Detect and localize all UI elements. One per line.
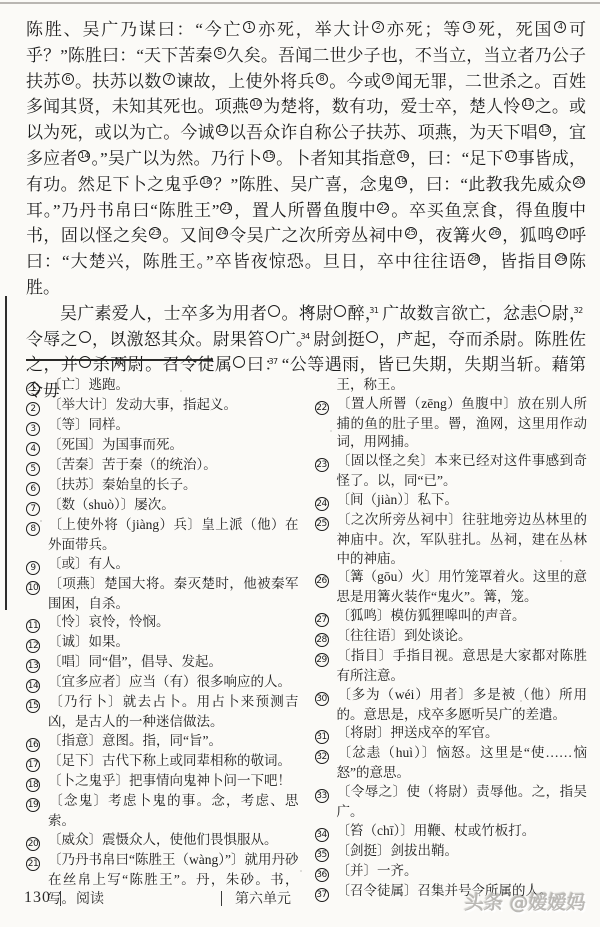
footnote-text: 〔念鬼〕考虑卜鬼的事。念，考虑、思索。	[48, 793, 299, 828]
footnote-text: 〔并〕一齐。	[337, 863, 418, 878]
footnote-text: 〔多为（wéi）用者〕多是被（他）所用的。意思是，戍卒多愿听吴广的差遣。	[337, 687, 588, 722]
footnotes-section: 1〔亡〕逃跑。 2〔举大计〕发动大事，指起义。 3〔等〕同样。 4〔死国〕为国事…	[26, 376, 587, 908]
footnote-item: 4〔死国〕为国事而死。	[26, 436, 299, 456]
footnote-text: 〔或〕有人。	[48, 556, 129, 571]
footnote-text: 〔指目〕手指目视。意思是大家都对陈胜有所注意。	[337, 648, 588, 683]
footnote-text: 〔威众〕震慑众人，使他们畏惧服从。	[48, 832, 278, 847]
footnote-number: 1	[26, 376, 48, 396]
footnote-item: 王，称王。	[315, 376, 588, 395]
footnote-item: 12〔诚〕如果。	[26, 633, 299, 653]
footnote-number: 33	[315, 783, 337, 803]
footnote-text: 〔亡〕逃跑。	[48, 377, 129, 392]
watermark-text: 头条 @嫒嫒妈	[464, 888, 587, 915]
footnote-number: 25	[315, 511, 337, 531]
footnote-item: 31〔将尉〕押送戍卒的军官。	[315, 724, 588, 744]
footer-divider	[60, 891, 61, 906]
footnotes-right-column: 王，称王。 22〔置人所罾（zēng）鱼腹中〕放在别人所捕的鱼的肚子里。罾，渔网…	[315, 376, 588, 908]
footnote-text: 〔将尉〕押送戍卒的军官。	[337, 725, 499, 740]
footnote-item: 32〔忿恚（huì）〕恼怒。这里是“使……恼怒”的意思。	[315, 744, 588, 783]
main-text-block: 陈胜、吴广乃谋曰：“今亡1亦死，举大计2亦死；等3死，死国4可乎？”陈胜曰：“天…	[26, 17, 586, 404]
footer-unit-label: 第六单元	[235, 888, 291, 908]
footnote-item: 27〔狐鸣〕模仿狐狸嗥叫的声音。	[315, 607, 588, 627]
footnote-text: 〔项燕〕楚国大将。秦灭楚时，他被秦军围困，自杀。	[48, 576, 299, 611]
footnote-text: 〔忿恚（huì）〕恼怒。这里是“使……恼怒”的意思。	[337, 745, 588, 780]
footnote-item: 26〔篝（gōu）火〕用竹笼罩着火。这里的意思是用篝火装作“鬼火”。篝，笼。	[315, 568, 588, 607]
footnote-number: 14	[26, 673, 48, 693]
footnote-number: 6	[26, 476, 48, 496]
footnote-number: 20	[26, 831, 48, 851]
footnote-item: 35〔剑挺〕剑拔出鞘。	[315, 842, 588, 862]
footnote-text: 〔诚〕如果。	[48, 634, 129, 649]
footnote-item: 5〔苦秦〕苦于秦（的统治）。	[26, 456, 299, 476]
footnote-item: 10〔项燕〕楚国大将。秦灭楚时，他被秦军围困，自杀。	[26, 575, 299, 614]
footnote-item: 30〔多为（wéi）用者〕多是被（他）所用的。意思是，戍卒多愿听吴广的差遣。	[315, 686, 588, 725]
footnote-text: 〔苦秦〕苦于秦（的统治）。	[48, 457, 217, 472]
footnote-number: 36	[315, 862, 337, 882]
footnote-text: 〔等〕同样。	[48, 417, 129, 432]
main-paragraph-1: 陈胜、吴广乃谋曰：“今亡1亦死，举大计2亦死；等3死，死国4可乎？”陈胜曰：“天…	[26, 17, 586, 301]
footnote-number: 19	[26, 792, 48, 812]
footnote-item: 9〔或〕有人。	[26, 555, 299, 575]
footnote-text: 〔卜之鬼乎〕把事情向鬼神卜问一下吧！	[48, 773, 291, 788]
footnote-number: 28	[315, 627, 337, 647]
footnote-item: 28〔往往语〕到处谈论。	[315, 627, 588, 647]
footnote-number: 11	[26, 613, 48, 633]
footnote-number: 23	[315, 452, 337, 472]
footnote-number: 5	[26, 456, 48, 476]
footnote-item: 13〔唱〕同“倡”，倡导、发起。	[26, 653, 299, 673]
footnote-item: 1〔亡〕逃跑。	[26, 376, 299, 396]
footnote-item: 18〔卜之鬼乎〕把事情向鬼神卜问一下吧！	[26, 772, 299, 792]
footnote-number: 17	[26, 752, 48, 772]
footnote-number: 26	[315, 568, 337, 588]
footnote-text: 〔置人所罾（zēng）鱼腹中〕放在别人所捕的鱼的肚子里。罾，渔网，这里用作动词，…	[337, 396, 588, 450]
footnote-item: 29〔指目〕手指目视。意思是大家都对陈胜有所注意。	[315, 647, 588, 686]
footnote-item: 33〔令辱之〕使（将尉）责辱他。之，指吴广。	[315, 783, 588, 822]
footnote-text: 〔扶苏〕秦始皇的长子。	[48, 477, 197, 492]
footnote-number: 32	[315, 744, 337, 764]
footnote-item: 6〔扶苏〕秦始皇的长子。	[26, 476, 299, 496]
footnote-number: 15	[26, 693, 48, 713]
footnote-text: 〔举大计〕发动大事，指起义。	[48, 397, 237, 412]
footnote-number: 9	[26, 555, 48, 575]
footnote-number: 3	[26, 416, 48, 436]
footnote-number: 13	[26, 653, 48, 673]
footnote-item: 34〔笞（chī）〕用鞭、杖或竹板打。	[315, 822, 588, 842]
footnote-item: 17〔足下〕古代下称上或同辈相称的敬词。	[26, 752, 299, 772]
footnote-number: 2	[26, 396, 48, 416]
footnote-number: 8	[26, 516, 48, 536]
footnote-item: 20〔威众〕震慑众人，使他们畏惧服从。	[26, 831, 299, 851]
scan-edge-line-top	[0, 2, 600, 4]
footnote-item: 22〔置人所罾（zēng）鱼腹中〕放在别人所捕的鱼的肚子里。罾，渔网，这里用作动…	[315, 395, 588, 452]
footnote-item: 8〔上使外将（jiàng）兵〕皇上派（他）在外面带兵。	[26, 516, 299, 555]
footnote-item: 16〔指意〕意图。指，同“旨”。	[26, 732, 299, 752]
footnote-number: 30	[315, 686, 337, 706]
footnote-text: 〔笞（chī）〕用鞭、杖或竹板打。	[337, 823, 536, 838]
footnote-number: 22	[315, 395, 337, 415]
footnote-item: 25〔之次所旁丛祠中〕往驻地旁边丛林里的神庙中。次，军队驻扎。丛祠，建在丛林中的…	[315, 511, 588, 568]
textbook-page: 陈胜、吴广乃谋曰：“今亡1亦死，举大计2亦死；等3死，死国4可乎？”陈胜曰：“天…	[0, 0, 600, 927]
footnote-text: 〔足下〕古代下称上或同辈相称的敬词。	[48, 753, 291, 768]
footer-divider	[221, 891, 222, 906]
footnote-number: 24	[315, 491, 337, 511]
footnote-item: 7〔数（shuò）〕屡次。	[26, 496, 299, 516]
footnote-item: 19〔念鬼〕考虑卜鬼的事。念，考虑、思索。	[26, 792, 299, 831]
footnote-item: 24〔间（jiàn）〕私下。	[315, 491, 588, 511]
footnote-text: 〔上使外将（jiàng）兵〕皇上派（他）在外面带兵。	[48, 517, 299, 552]
footnote-text: 〔狐鸣〕模仿狐狸嗥叫的声音。	[337, 608, 526, 623]
footnote-item: 3〔等〕同样。	[26, 416, 299, 436]
footnote-text: 〔乃行卜〕就去占卜。用占卜来预测吉凶，是古人的一种迷信做法。	[48, 694, 299, 729]
footnotes-left-column: 1〔亡〕逃跑。 2〔举大计〕发动大事，指起义。 3〔等〕同样。 4〔死国〕为国事…	[26, 376, 299, 908]
footnote-text: 〔固以怪之矣〕本来已经对这件事感到奇怪了。以，同“已”。	[337, 453, 588, 488]
footnote-number: 29	[315, 647, 337, 667]
footnote-number: 34	[315, 822, 337, 842]
footnote-number: 7	[26, 496, 48, 516]
footnote-item: 2〔举大计〕发动大事，指起义。	[26, 396, 299, 416]
footnote-text: 〔数（shuò）〕屡次。	[48, 497, 175, 512]
footnote-number: 10	[26, 575, 48, 595]
footnote-text: 〔怜〕哀怜，怜悯。	[48, 614, 170, 629]
footnote-item: 14〔宜多应者〕应当（有）很多响应的人。	[26, 673, 299, 693]
footnote-text: 〔篝（gōu）火〕用竹笼罩着火。这里的意思是用篝火装作“鬼火”。篝，笼。	[337, 569, 588, 604]
footnote-number: 21	[26, 851, 48, 871]
footnote-text: 〔唱〕同“倡”，倡导、发起。	[48, 654, 222, 669]
footer-section-label: 阅读	[76, 888, 104, 908]
footnote-item: 23〔固以怪之矣〕本来已经对这件事感到奇怪了。以，同“已”。	[315, 452, 588, 491]
footnote-text: 〔指意〕意图。指，同“旨”。	[48, 733, 222, 748]
footnote-text: 〔之次所旁丛祠中〕往驻地旁边丛林里的神庙中。次，军队驻扎。丛祠，建在丛林中的神庙…	[337, 512, 588, 566]
footnote-number: 31	[315, 724, 337, 744]
footnote-item: 11〔怜〕哀怜，怜悯。	[26, 613, 299, 633]
footnote-item: 15〔乃行卜〕就去占卜。用占卜来预测吉凶，是古人的一种迷信做法。	[26, 693, 299, 732]
footnote-text: 〔死国〕为国事而死。	[48, 437, 183, 452]
footnote-number: 12	[26, 633, 48, 653]
footnote-item: 36〔并〕一齐。	[315, 862, 588, 882]
footnote-number: 4	[26, 436, 48, 456]
footnote-text: 〔宜多应者〕应当（有）很多响应的人。	[48, 674, 291, 689]
footnote-text: 〔往往语〕到处谈论。	[337, 628, 472, 643]
footnote-text: 〔间（jiàn）〕私下。	[337, 492, 459, 507]
footnote-number: 35	[315, 842, 337, 862]
scan-edge-line-left	[5, 296, 7, 610]
page-number: 130	[24, 889, 51, 907]
footnote-number: 27	[315, 607, 337, 627]
footnote-text: 〔剑挺〕剑拔出鞘。	[337, 843, 459, 858]
footnote-number: 18	[26, 772, 48, 792]
footnote-separator-rule	[26, 359, 213, 361]
scan-noise-specks	[0, 0, 2, 2]
footnote-number: 16	[26, 732, 48, 752]
footnote-text: 〔令辱之〕使（将尉）责辱他。之，指吴广。	[337, 784, 588, 819]
footnote-text: 王，称王。	[337, 377, 405, 392]
